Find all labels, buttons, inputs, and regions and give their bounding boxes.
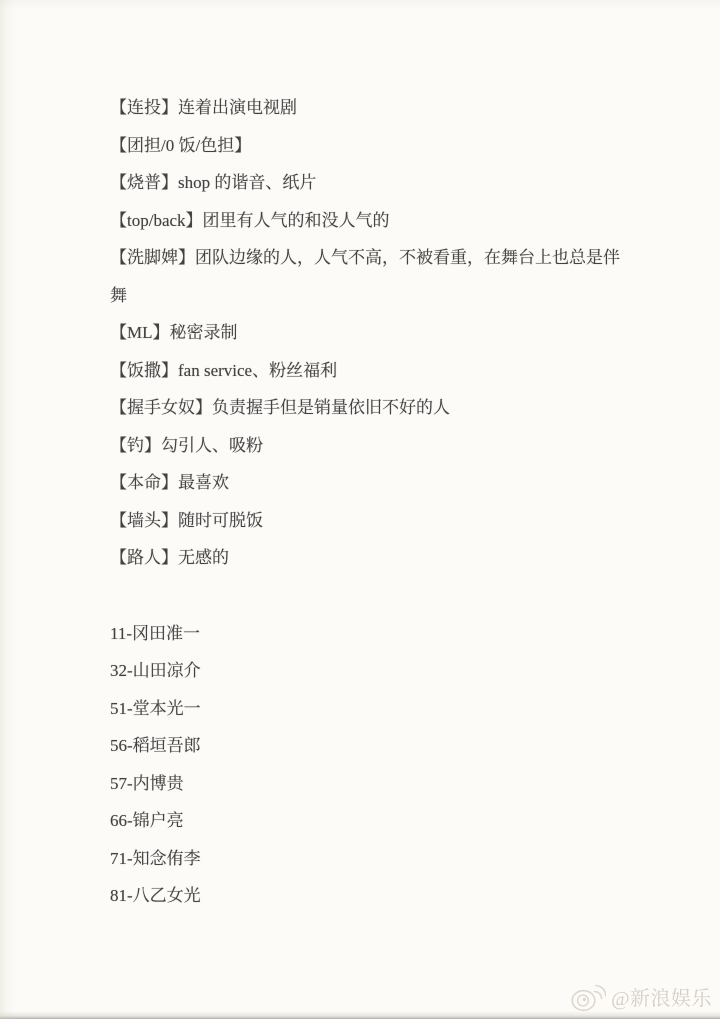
member-name: 知念侑李 <box>133 849 201 868</box>
member-number: 66 <box>110 811 127 830</box>
name-list-item: 56-稻垣吾郎 <box>110 727 628 765</box>
glossary-entry: 【本命】最喜欢 <box>110 464 628 502</box>
glossary-definition: 连着出演电视剧 <box>178 98 297 117</box>
watermark-handle: @新浪娱乐 <box>611 982 712 1011</box>
glossary-term: 【洗脚婢】 <box>110 248 195 267</box>
member-name: 内博贵 <box>133 774 184 793</box>
glossary-term: 【本命】 <box>110 473 178 492</box>
glossary-definition: 勾引人、吸粉 <box>161 436 263 455</box>
name-list-item: 57-内博贵 <box>110 765 628 803</box>
member-name: 堂本光一 <box>133 699 201 718</box>
glossary-list: 【连投】连着出演电视剧 【团担/0 饭/色担】 【烧普】shop 的谐音、纸片 … <box>110 89 628 577</box>
glossary-definition: 无感的 <box>178 548 229 567</box>
member-number: 11 <box>110 624 126 643</box>
member-name: 冈田准一 <box>132 624 200 643</box>
glossary-entry: 【烧普】shop 的谐音、纸片 <box>110 164 628 202</box>
name-list-item: 51-堂本光一 <box>110 690 628 728</box>
glossary-entry: 【ML】秘密录制 <box>110 314 628 352</box>
member-number: 57 <box>110 774 127 793</box>
member-number: 32 <box>110 661 127 680</box>
glossary-entry: 【钓】勾引人、吸粉 <box>110 427 628 465</box>
document-page: 【连投】连着出演电视剧 【团担/0 饭/色担】 【烧普】shop 的谐音、纸片 … <box>0 0 720 1019</box>
document-content: 【连投】连着出演电视剧 【团担/0 饭/色担】 【烧普】shop 的谐音、纸片 … <box>110 89 628 915</box>
glossary-entry: 【墙头】随时可脱饭 <box>110 502 628 540</box>
glossary-definition: shop 的谐音、纸片 <box>178 173 316 192</box>
glossary-term: 【握手女奴】 <box>110 398 212 417</box>
glossary-entry: 【洗脚婢】团队边缘的人，人气不高，不被看重，在舞台上也总是伴舞 <box>110 239 628 314</box>
name-list: 11-冈田准一 32-山田凉介 51-堂本光一 56-稻垣吾郎 57-内博贵 6… <box>110 615 628 915</box>
glossary-entry: 【连投】连着出演电视剧 <box>110 89 628 127</box>
glossary-term: 【烧普】 <box>110 173 178 192</box>
glossary-definition: 团里有人气的和没人气的 <box>203 211 390 230</box>
glossary-term: 【墙头】 <box>110 511 178 530</box>
member-number: 71 <box>110 849 127 868</box>
glossary-entry: 【团担/0 饭/色担】 <box>110 127 628 165</box>
glossary-term: 【top/back】 <box>110 211 203 230</box>
watermark: @新浪娱乐 <box>570 981 712 1012</box>
glossary-term: 【钓】 <box>110 436 161 455</box>
glossary-entry: 【饭撒】fan service、粉丝福利 <box>110 352 628 390</box>
member-name: 稻垣吾郎 <box>133 736 201 755</box>
name-list-item: 66-锦户亮 <box>110 802 628 840</box>
glossary-definition: 最喜欢 <box>178 473 229 492</box>
glossary-definition: 秘密录制 <box>170 323 238 342</box>
name-list-item: 32-山田凉介 <box>110 652 628 690</box>
glossary-entry: 【握手女奴】负责握手但是销量依旧不好的人 <box>110 389 628 427</box>
glossary-entry: 【路人】无感的 <box>110 539 628 577</box>
member-number: 51 <box>110 699 127 718</box>
weibo-logo-icon <box>570 981 606 1012</box>
glossary-term: 【ML】 <box>110 323 170 342</box>
name-list-item: 71-知念侑李 <box>110 840 628 878</box>
glossary-term: 【路人】 <box>110 548 178 567</box>
member-number: 81 <box>110 886 127 905</box>
member-name: 八乙女光 <box>133 886 201 905</box>
glossary-definition: fan service、粉丝福利 <box>178 361 337 380</box>
glossary-definition: 随时可脱饭 <box>178 511 263 530</box>
name-list-item: 11-冈田准一 <box>110 615 628 653</box>
glossary-term: 【连投】 <box>110 98 178 117</box>
glossary-term: 【团担/0 饭/色担】 <box>110 136 251 155</box>
glossary-entry: 【top/back】团里有人气的和没人气的 <box>110 202 628 240</box>
member-name: 山田凉介 <box>133 661 201 680</box>
member-name: 锦户亮 <box>133 811 184 830</box>
glossary-definition: 负责握手但是销量依旧不好的人 <box>212 398 450 417</box>
glossary-term: 【饭撒】 <box>110 361 178 380</box>
member-number: 56 <box>110 736 127 755</box>
name-list-item: 81-八乙女光 <box>110 877 628 915</box>
